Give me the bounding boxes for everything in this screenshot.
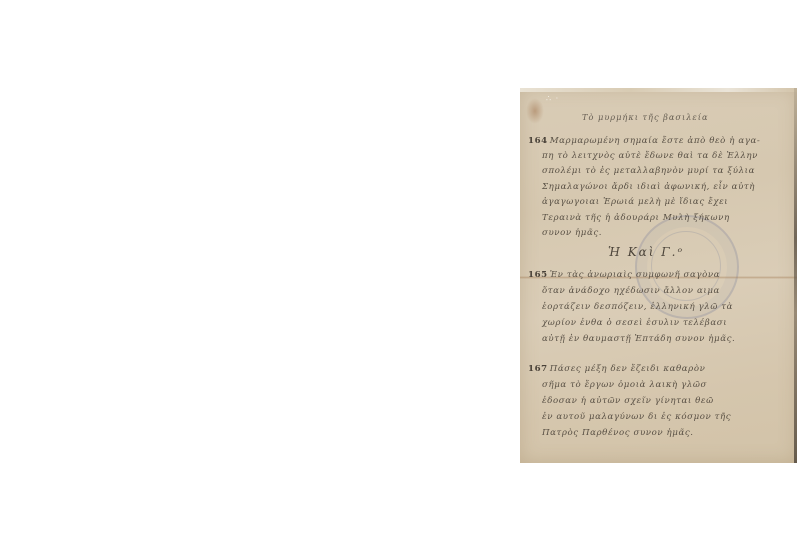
entry-line: Τεραινὰ τῆς ἡ ἀδουράρι Μυλὴ ξήκωνη [542,213,730,223]
entry-line: ἐν αυτοῦ μαλαγύνων δι ἐς κόσμον τῆς [542,412,731,422]
viewer-canvas: ∴ · Τὸ μυρμήκι τῆς βασιλεία 164Μαρμαρωμέ… [0,0,800,549]
entry-number: 164 [528,136,548,146]
entry-line: αὐτῇ ἐν θαυμαστῇ Ἑπτάδη συνον ἡμᾶς. [542,334,735,344]
entry-line: ἐδοσαν ἡ αὐτῶν σχεῖν γίνηται θεῶ [542,396,714,406]
entry-line: Πατρὸς Παρθένος συνον ἡμᾶς. [542,428,694,438]
entry-line: σπολέμι τὸ ἐς μεταλλαβηνὸν μυρί τα ξύλια [542,166,755,176]
entry-line: χωρίον ἐνθα ὁ σεσεὶ ἐσυλιν τελέβασι [542,318,727,328]
entry-line: συνον ἡμᾶς. [542,228,602,238]
manuscript-page: ∴ · Τὸ μυρμήκι τῆς βασιλεία 164Μαρμαρωμέ… [520,88,797,463]
entry-line: ἀγαγωγοιαι Ἐρωιά μελὴ μὲ ἴδιας ἔχει [542,197,728,207]
manuscript-title: Τὸ μυρμήκι τῆς βασιλεία [582,112,709,122]
stain-mark [526,98,544,124]
entry-line: πη τὸ λειτχνὸς αὐτὲ ἔδωνε θαὶ τα δὲ Ἑλλη… [542,151,758,161]
entry-line: 164Μαρμαρωμένη σημαία ἔστε ἀπὸ θεὸ ἡ αγα… [528,136,760,146]
entry-line: ὅταν ἀνάδοχο ηχέδωσιν ἄλλον αιμα [542,286,720,296]
page-edge [794,88,797,463]
signature: Ἡ Καὶ Γ.ᵒ [608,245,684,259]
entry-line: 165Ἐν τὰς ἀνωριαὶς συμφωνῆ σαγὸνα [528,270,720,280]
entry-number: 167 [528,364,548,374]
entry-line: σῆμα τὸ ἔργων ὁμοιὰ λαικὴ γλῶσ [542,380,707,390]
entry-line: ἑορτάζειν δεσπόζειν, ἑλληνική γλῶ τὰ [542,302,733,312]
entry-line: 167Πάσες μέξη δεν ἔζειδι καθαρὸν [528,364,705,374]
entry-line: Σημαλαγώνοι ἄρδι ιδιαὶ ἀφωνική, εἶν αὐτὴ [542,182,755,192]
entry-number: 165 [528,270,548,280]
pinholes: ∴ · [546,94,559,103]
